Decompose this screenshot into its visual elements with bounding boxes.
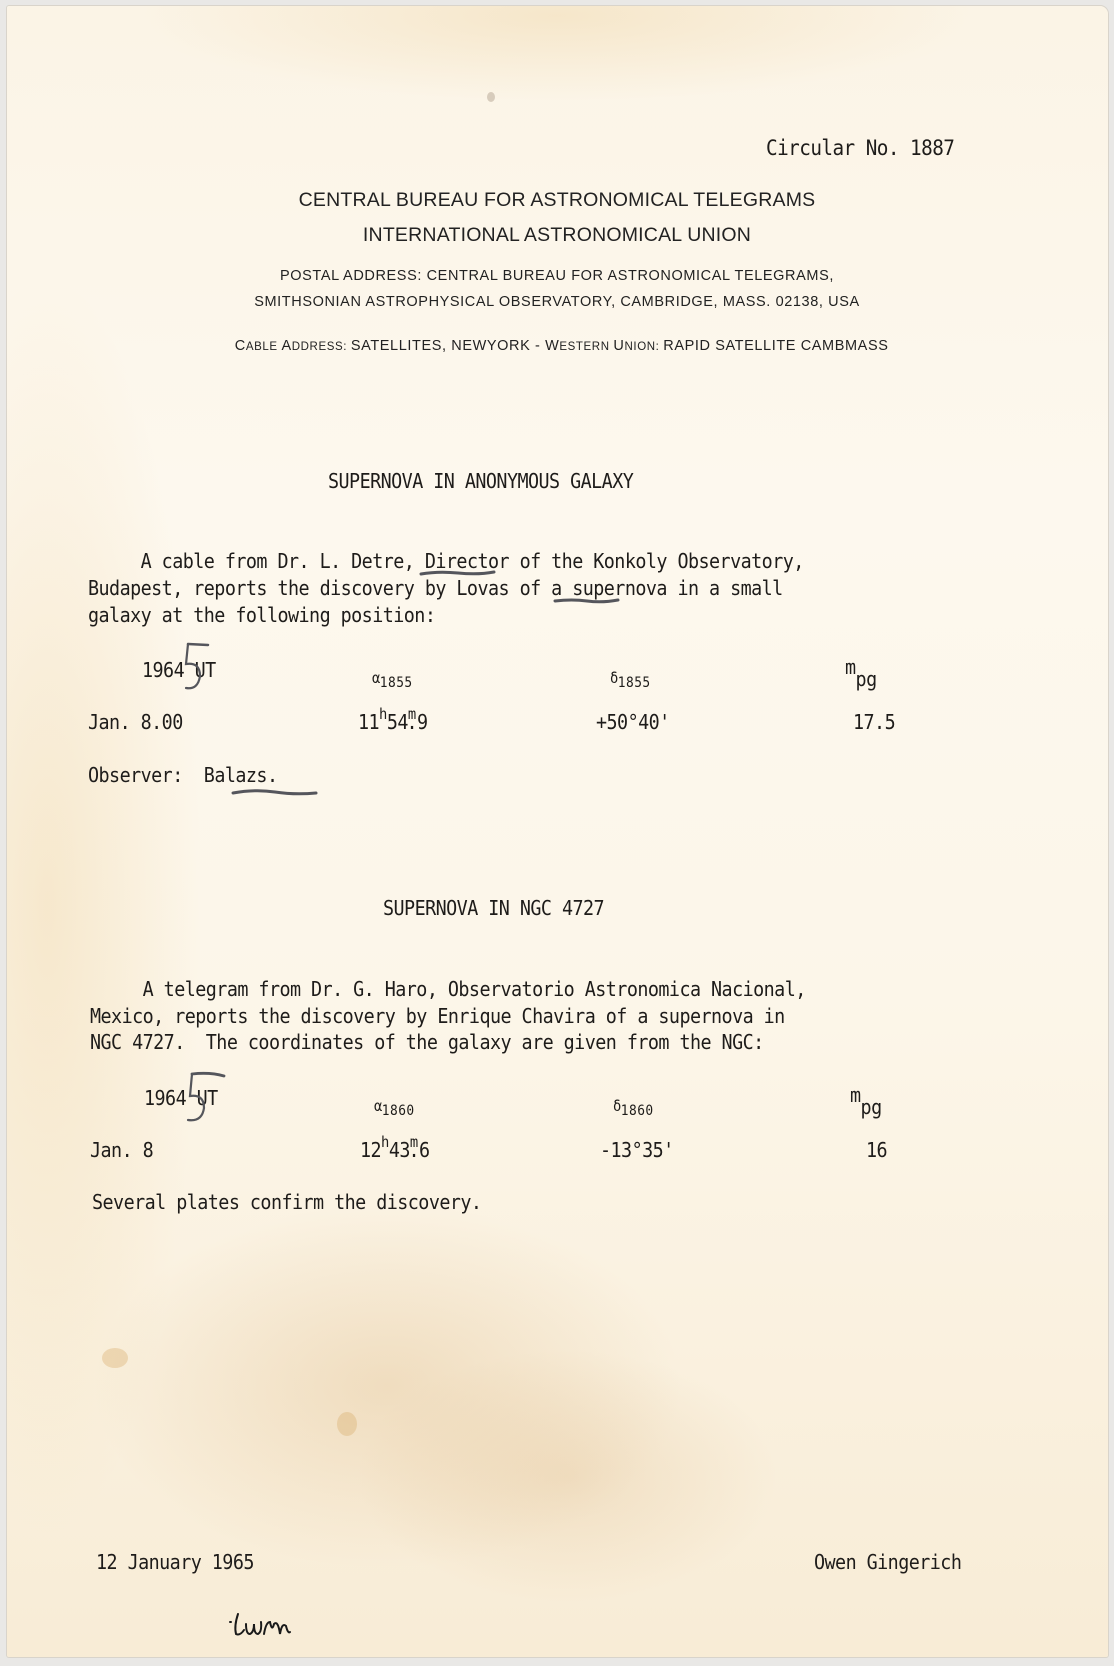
western-union-value: RAPID SATELLITE CAMBMASS bbox=[663, 338, 888, 354]
table-cell-dec: +50°40' bbox=[596, 710, 670, 734]
union-u: U bbox=[613, 338, 624, 354]
table-header-epoch: 1964 UT bbox=[142, 658, 216, 682]
western-rest: ESTERN bbox=[559, 341, 613, 353]
confirmation-note: Several plates confirm the discovery. bbox=[92, 1190, 481, 1214]
address-a: A bbox=[281, 338, 291, 354]
epoch-subscript: 1855 bbox=[618, 675, 651, 691]
table-cell-date: Jan. 8 bbox=[90, 1138, 153, 1162]
stain-mark bbox=[337, 1412, 357, 1436]
text-span: of a supernova in a small bbox=[509, 576, 783, 600]
union-rest: NION: bbox=[625, 341, 664, 353]
mag-subscript: pg bbox=[856, 667, 877, 691]
paragraph-line: Mexico, reports the discovery by Enrique… bbox=[90, 1004, 785, 1028]
table-cell-mag: 17.5 bbox=[853, 710, 895, 734]
cable-c: C bbox=[235, 338, 246, 354]
footer-signature: Owen Gingerich bbox=[814, 1550, 961, 1574]
hours-unit: h bbox=[379, 705, 387, 723]
section-heading-ngc-4727: SUPERNOVA IN NGC 4727 bbox=[383, 896, 604, 920]
table-cell-date: Jan. 8.00 bbox=[88, 710, 183, 734]
text-span: Director of the Konkoly Observatory, bbox=[414, 549, 803, 573]
mag-m: m bbox=[850, 1083, 861, 1107]
paragraph-line: galaxy at the following position: bbox=[88, 603, 435, 627]
table-cell-ra: 11h54m.9 bbox=[358, 710, 428, 734]
ra-hours: 11 bbox=[358, 710, 379, 734]
table-header-epoch: 1964 UT bbox=[144, 1086, 218, 1110]
address-rest: DDRESS: bbox=[292, 341, 351, 353]
table-header-ra: α1860 bbox=[374, 1092, 415, 1116]
epoch-subscript: 1860 bbox=[621, 1103, 654, 1119]
ra-hours: 12 bbox=[360, 1138, 381, 1162]
minutes-unit: m bbox=[408, 705, 416, 723]
stain-mark bbox=[102, 1348, 128, 1368]
text-span: Budapest, reports the discovery by bbox=[88, 576, 456, 600]
letterhead-iau: INTERNATIONAL ASTRONOMICAL UNION bbox=[0, 224, 1114, 247]
table-cell-ra: 12h43m.6 bbox=[360, 1138, 430, 1162]
paragraph-line: Budapest, reports the discovery by Lovas… bbox=[88, 576, 783, 600]
ra-minutes: 43 bbox=[389, 1138, 410, 1162]
text-span: A cable from Dr. L. bbox=[88, 549, 351, 573]
paragraph-line: NGC 4727. The coordinates of the galaxy … bbox=[90, 1030, 764, 1054]
circular-number: Circular No. 1887 bbox=[766, 136, 954, 160]
hours-unit: h bbox=[381, 1133, 389, 1151]
table-cell-mag: 16 bbox=[866, 1138, 887, 1162]
epoch-subscript: 1860 bbox=[382, 1103, 415, 1119]
minutes-unit: m bbox=[410, 1133, 418, 1151]
underlined-name-detre: Detre, bbox=[351, 549, 414, 573]
circular-page bbox=[7, 6, 1108, 1657]
letterhead-cable-address: CABLE ADDRESS: SATELLITES, NEWYORK - WES… bbox=[0, 322, 1114, 354]
ra-minutes: 54 bbox=[387, 710, 408, 734]
paragraph-line: A telegram from Dr. G. Haro, Observatori… bbox=[90, 977, 806, 1001]
stain-mark bbox=[487, 92, 495, 102]
western-w: W bbox=[545, 338, 559, 354]
mag-m: m bbox=[845, 655, 856, 679]
observer-label: Observer: bbox=[88, 763, 183, 787]
paragraph-line: A cable from Dr. L. Detre, Director of t… bbox=[88, 549, 804, 573]
table-cell-dec: -13°35' bbox=[600, 1138, 674, 1162]
cable-able: ABLE bbox=[246, 341, 282, 353]
observer-name: Balazs. bbox=[204, 763, 278, 787]
section-heading-anonymous-galaxy: SUPERNOVA IN ANONYMOUS GALAXY bbox=[328, 469, 633, 493]
table-header-mag: mpg bbox=[850, 1083, 882, 1107]
letterhead-bureau: CENTRAL BUREAU FOR ASTRONOMICAL TELEGRAM… bbox=[0, 189, 1114, 212]
table-header-ra: α1855 bbox=[372, 664, 413, 688]
underlined-name-lovas: Lovas bbox=[456, 576, 509, 600]
observer-line: Observer: Balazs. bbox=[88, 763, 277, 787]
letterhead-smithsonian: SMITHSONIAN ASTROPHYSICAL OBSERVATORY, C… bbox=[0, 294, 1114, 310]
table-header-dec: δ1860 bbox=[613, 1092, 654, 1116]
table-header-dec: δ1855 bbox=[610, 664, 651, 688]
mag-subscript: pg bbox=[861, 1095, 882, 1119]
cable-value: SATELLITES, NEWYORK - bbox=[351, 338, 545, 354]
table-header-mag: mpg bbox=[845, 655, 877, 679]
epoch-subscript: 1855 bbox=[380, 675, 413, 691]
footer-date: 12 January 1965 bbox=[96, 1550, 254, 1574]
letterhead-postal-address: POSTAL ADDRESS: CENTRAL BUREAU FOR ASTRO… bbox=[0, 268, 1114, 284]
